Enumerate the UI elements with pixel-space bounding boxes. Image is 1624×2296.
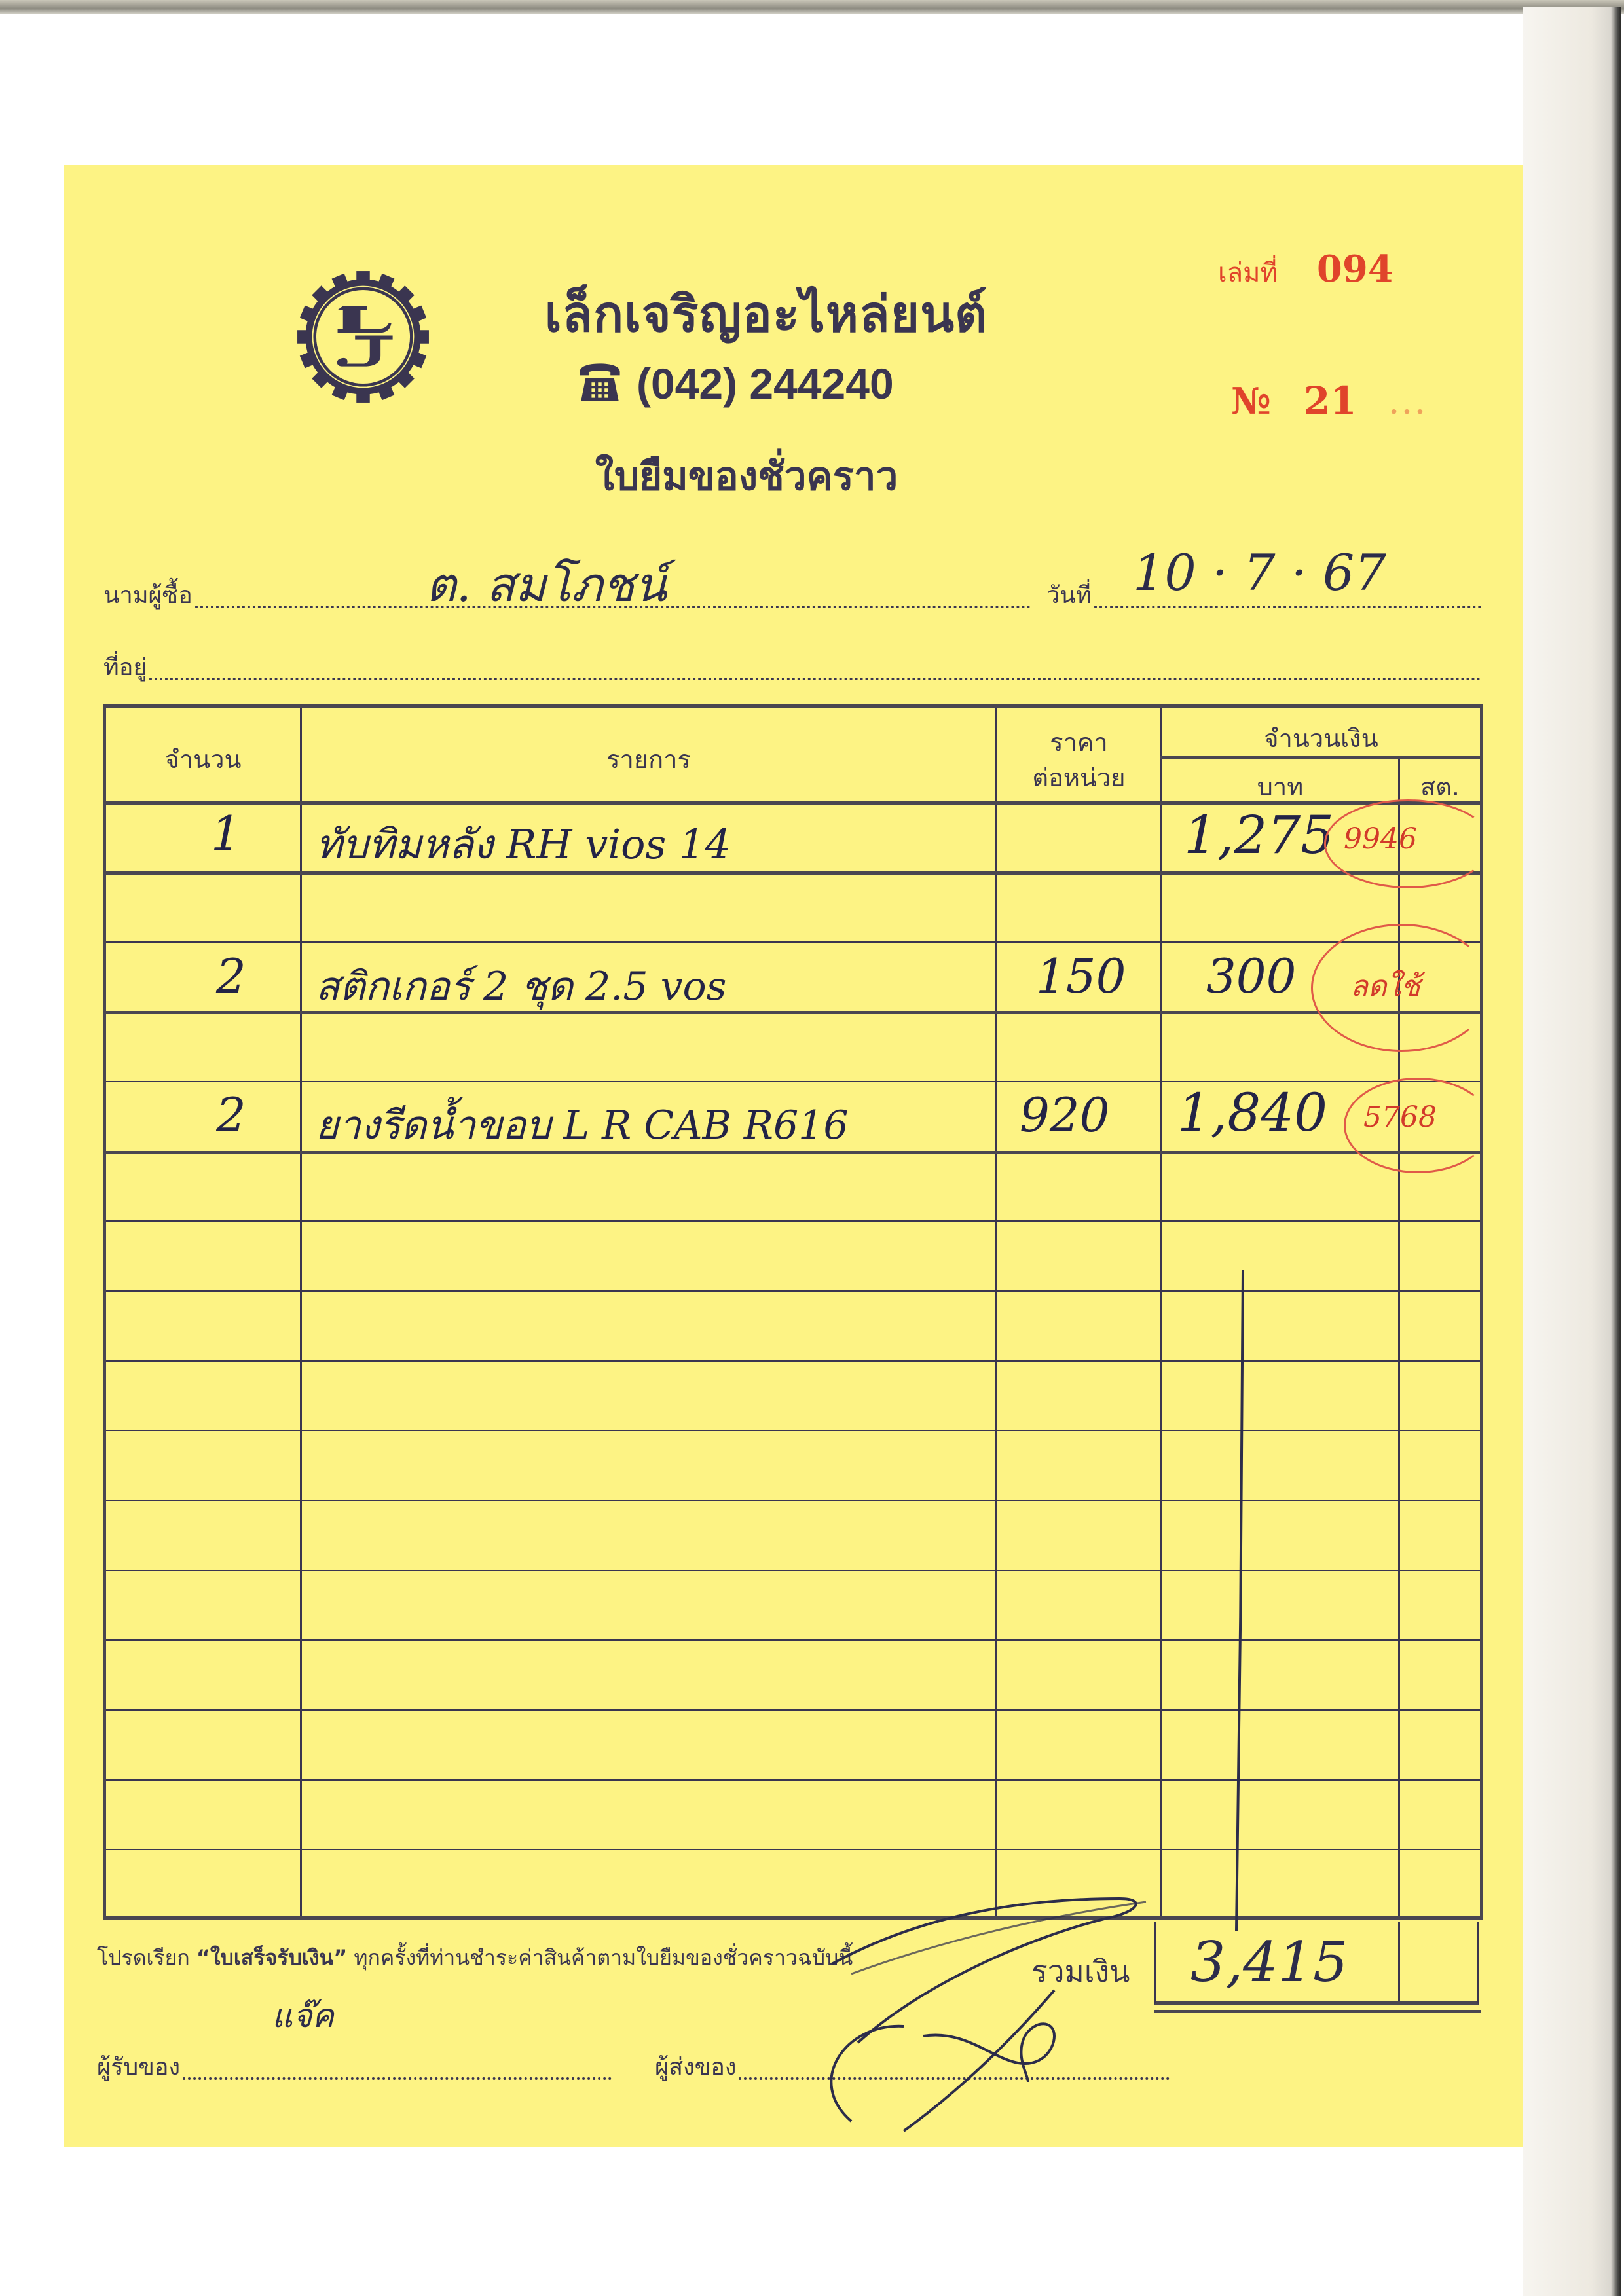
phone-row: (042) 244240 xyxy=(576,359,1048,409)
binding-strip xyxy=(1522,7,1621,2296)
row2-qty: 2 xyxy=(216,949,246,1004)
row-line xyxy=(106,1430,1480,1431)
document-title: ใบยืมของชั่วคราว xyxy=(511,445,982,507)
header-unit-price-2: ต่อหน่วย xyxy=(997,757,1160,797)
phone-number: (042) 244240 xyxy=(637,359,894,409)
row-line xyxy=(106,1709,1480,1711)
header-description: รายการ xyxy=(302,739,995,779)
row-line xyxy=(106,871,1480,875)
row-line xyxy=(106,1220,1480,1222)
address-label: ที่อยู่ xyxy=(103,648,147,685)
row1-baht: 1,275 xyxy=(1184,805,1334,866)
row2-unit-price: 150 xyxy=(1036,949,1126,1004)
row-line xyxy=(106,1500,1480,1501)
row-line xyxy=(106,1360,1480,1362)
buyer-value[interactable]: ต. สมโภชน์ xyxy=(426,547,667,622)
row3-note: 5768 xyxy=(1363,1101,1437,1134)
col-divider xyxy=(1160,708,1162,1916)
row-line xyxy=(106,1011,1480,1014)
row-line xyxy=(106,1849,1480,1850)
col-divider xyxy=(300,708,302,1916)
buyer-label: นามผู้ซื้อ xyxy=(103,576,193,613)
sender-signature xyxy=(688,1886,1211,2134)
row1-note: 9946 xyxy=(1344,822,1417,856)
receiver-dotted-line xyxy=(183,2077,612,2080)
row2-note: ลดใช้ xyxy=(1350,963,1420,1009)
row3-unit-price: 920 xyxy=(1020,1087,1109,1142)
date-label: วันที่ xyxy=(1046,576,1092,613)
header-qty: จำนวน xyxy=(106,739,300,779)
row-line xyxy=(106,1779,1480,1781)
receiver-field[interactable]: ผู้รับของ xyxy=(97,2048,614,2085)
row3-description: ยางรีดน้ำขอบ L R CAB R616 xyxy=(316,1094,849,1156)
scan-top-edge xyxy=(0,0,1624,14)
date-dotted-line xyxy=(1094,605,1481,608)
book-number-label: เล่มที่ xyxy=(1218,251,1278,293)
telephone-icon xyxy=(576,360,623,407)
row1-qty: 1 xyxy=(211,806,241,861)
row2-description: สติกเกอร์ 2 ชุด 2.5 vos xyxy=(316,955,726,1017)
serial-number-label: № xyxy=(1231,380,1271,423)
receiver-label: ผู้รับของ xyxy=(97,2048,180,2085)
total-value[interactable]: 3,415 xyxy=(1190,1930,1348,1994)
row-line xyxy=(106,1639,1480,1641)
row-line xyxy=(106,1570,1480,1571)
notice-prefix: โปรดเรียก xyxy=(97,1945,190,1970)
date-value[interactable]: 10 · 7 · 67 xyxy=(1133,543,1386,602)
header-baht: บาท xyxy=(1162,767,1398,807)
gear-logo-icon xyxy=(296,270,430,404)
row2-baht: 300 xyxy=(1206,949,1296,1004)
notice-bold: “ใบเสร็จรับเงิน” xyxy=(196,1945,347,1970)
row3-qty: 2 xyxy=(216,1087,246,1142)
serial-number: № 21 ... xyxy=(1231,378,1428,423)
items-table: จำนวน รายการ ราคา ต่อหน่วย จำนวนเงิน บาท… xyxy=(103,704,1483,1920)
book-number: เล่มที่ 094 xyxy=(1218,247,1393,293)
pen-stroke xyxy=(1231,1270,1251,1931)
col-divider xyxy=(995,708,997,1916)
serial-number-value: 21 xyxy=(1304,378,1357,423)
address-field[interactable]: ที่อยู่ xyxy=(103,648,1484,685)
row-line xyxy=(106,1290,1480,1292)
row3-baht: 1,840 xyxy=(1177,1082,1327,1143)
address-dotted-line xyxy=(149,677,1481,680)
header-amount: จำนวนเงิน xyxy=(1162,718,1480,758)
receiver-signature: แจ๊ค xyxy=(272,1990,334,2042)
shop-name: เล็กเจริญอะไหล่ยนต์ xyxy=(471,275,1061,354)
total-divider xyxy=(1398,1922,1400,2001)
row-line xyxy=(106,941,1480,943)
header-unit-price-1: ราคา xyxy=(997,722,1160,762)
book-number-value: 094 xyxy=(1317,247,1393,291)
row1-description: ทับทิมหลัง RH vios 14 xyxy=(316,812,731,877)
serial-number-faded: ... xyxy=(1390,390,1429,420)
